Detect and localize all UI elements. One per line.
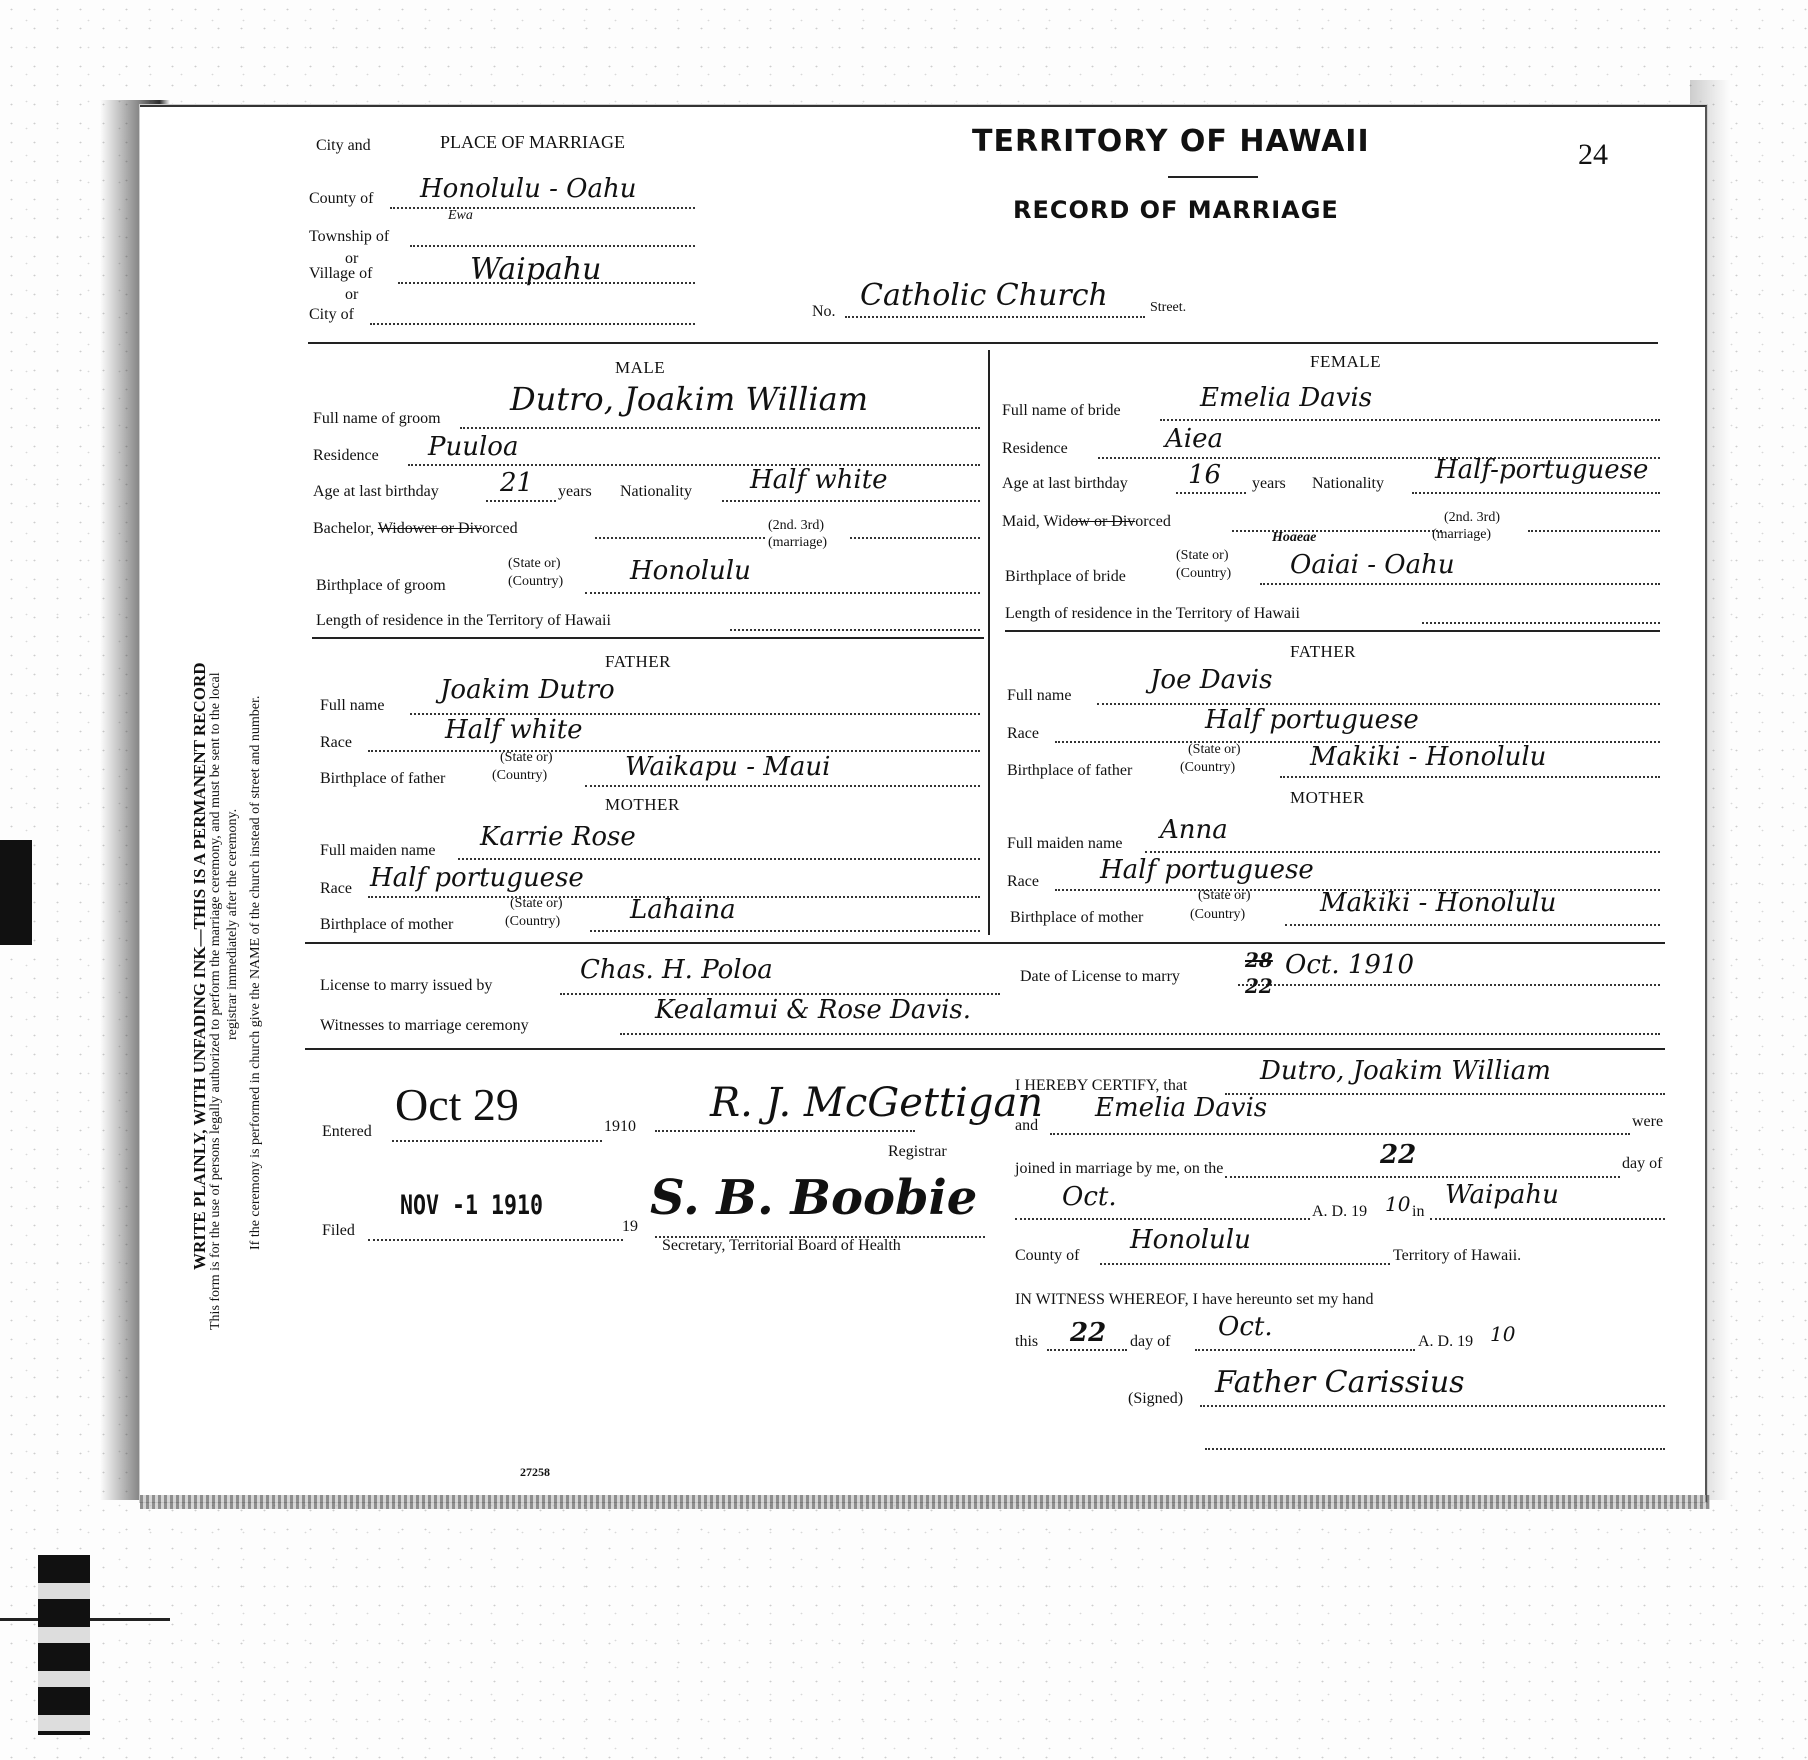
- bride-marriage-word: (marriage): [1432, 527, 1491, 543]
- bride-name-value[interactable]: Emelia Davis: [1200, 383, 1372, 413]
- certify-month-value[interactable]: Oct.: [1062, 1182, 1117, 1212]
- bride-nationality-label: Nationality: [1312, 475, 1384, 493]
- county-note: Ewa: [448, 208, 473, 224]
- street-label: Street.: [1150, 300, 1186, 316]
- certify-in-label: in: [1412, 1203, 1424, 1221]
- witness-day-of-label: day of: [1130, 1333, 1170, 1351]
- bride-age-value[interactable]: 16: [1188, 460, 1221, 490]
- license-date-line: [1238, 984, 1660, 986]
- street-value[interactable]: Catholic Church: [860, 278, 1108, 313]
- license-date-label: Date of License to marry: [1020, 968, 1180, 986]
- filed-year-prefix: 19: [622, 1218, 638, 1236]
- groom-birthplace-label: Birthplace of groom: [316, 577, 446, 595]
- signed-line: [1200, 1405, 1665, 1407]
- license-date-struck: 28: [1245, 948, 1273, 972]
- signed-value[interactable]: Father Carissius: [1215, 1365, 1465, 1400]
- page-number: 24: [1578, 138, 1608, 172]
- license-divider-bottom: [305, 1048, 1665, 1050]
- groom-residence-label: Residence: [313, 447, 379, 465]
- groom-mother-birthplace-value[interactable]: Lahaina: [630, 895, 736, 925]
- groom-residence-value[interactable]: Puuloa: [428, 432, 518, 462]
- groom-mother-heading: MOTHER: [605, 795, 680, 815]
- bride-mother-name-line: [1145, 851, 1660, 853]
- witness-year-value[interactable]: 10: [1490, 1322, 1515, 1346]
- groom-nationality-value[interactable]: Half white: [750, 465, 888, 495]
- groom-age-line: [486, 500, 556, 502]
- certify-and-label: and: [1015, 1117, 1038, 1135]
- certify-groom-value[interactable]: Dutro, Joakim William: [1260, 1056, 1551, 1086]
- groom-name-line: [460, 427, 980, 429]
- groom-length-label: Length of residence in the Territory of …: [316, 612, 611, 630]
- certify-groom-line: [1225, 1093, 1665, 1095]
- license-divider-top: [305, 942, 1665, 944]
- groom-mother-state-or: (State or): [510, 896, 562, 912]
- county-line: [390, 207, 695, 209]
- township-label: Township of: [309, 228, 389, 246]
- certify-day-line: [1225, 1176, 1620, 1178]
- bride-age-label: Age at last birthday: [1002, 475, 1128, 493]
- groom-mother-birthplace-line: [590, 930, 980, 932]
- bride-father-heading: FATHER: [1290, 642, 1356, 662]
- bride-mother-country: (Country): [1190, 907, 1245, 923]
- groom-nationality-line: [722, 500, 980, 502]
- groom-birthplace-line: [585, 592, 980, 594]
- bride-mother-name-label: Full maiden name: [1007, 835, 1123, 853]
- bride-father-birthplace-label: Birthplace of father: [1007, 762, 1132, 780]
- bride-marriage-line[interactable]: [1528, 530, 1660, 532]
- witness-day-line: [1047, 1349, 1127, 1351]
- certify-place-value[interactable]: Waipahu: [1445, 1180, 1559, 1210]
- city-label: City of: [309, 306, 354, 324]
- witnesses-line: [620, 1033, 1660, 1035]
- certify-county-line: [1100, 1263, 1390, 1265]
- city-line[interactable]: [370, 323, 695, 325]
- bride-father-name-label: Full name: [1007, 687, 1071, 705]
- county-value[interactable]: Honolulu - Oahu: [420, 174, 636, 204]
- street-line: [845, 316, 1145, 318]
- bride-father-birthplace-line: [1280, 776, 1660, 778]
- groom-years-label: years: [558, 483, 592, 501]
- female-divider: [1005, 630, 1660, 632]
- certify-day-value[interactable]: 22: [1380, 1140, 1416, 1170]
- groom-marriage-word: (marriage): [768, 535, 827, 551]
- groom-mother-name-value[interactable]: Karrie Rose: [480, 822, 636, 852]
- registrar-signature: R. J. McGettigan: [710, 1080, 1043, 1126]
- bride-father-race-value[interactable]: Half portuguese: [1205, 705, 1419, 735]
- bride-name-line: [1160, 419, 1660, 421]
- groom-age-label: Age at last birthday: [313, 483, 439, 501]
- form-number: 27258: [520, 1465, 550, 1480]
- certify-bride-value[interactable]: Emelia Davis: [1095, 1093, 1267, 1123]
- binding-stamp: [38, 1555, 90, 1735]
- column-divider: [988, 350, 990, 935]
- bride-name-label: Full name of bride: [1002, 402, 1121, 420]
- bride-father-state-or: (State or): [1188, 742, 1240, 758]
- signature-line-2[interactable]: [1205, 1448, 1665, 1450]
- bride-mother-race-value[interactable]: Half portuguese: [1100, 855, 1314, 885]
- place-of-marriage-heading: PLACE OF MARRIAGE: [440, 132, 625, 153]
- bride-length-line[interactable]: [1422, 622, 1660, 624]
- groom-mother-race-label: Race: [320, 880, 352, 898]
- groom-country: (Country): [508, 574, 563, 590]
- margin-instruction-ink: WRITE PLAINLY, WITH UNFADING INK—THIS IS…: [190, 662, 210, 1270]
- groom-father-state-or: (State or): [500, 750, 552, 766]
- certify-month-line: [1015, 1218, 1310, 1220]
- groom-marriage-ord: (2nd. 3rd): [768, 518, 824, 534]
- bride-birthplace-note: Hoaeae: [1272, 530, 1316, 546]
- margin-instruction-registrar: registrar immediately after the ceremony…: [225, 809, 241, 1040]
- groom-mother-name-label: Full maiden name: [320, 842, 436, 860]
- groom-mother-country: (Country): [505, 914, 560, 930]
- groom-birthplace-value[interactable]: Honolulu: [630, 556, 751, 586]
- certify-were-label: were: [1632, 1113, 1663, 1131]
- village-value[interactable]: Waipahu: [470, 252, 601, 287]
- witness-month-value[interactable]: Oct.: [1218, 1312, 1273, 1342]
- bride-years-label: years: [1252, 475, 1286, 493]
- male-heading: MALE: [615, 358, 665, 378]
- groom-residence-line: [408, 464, 980, 466]
- bride-nationality-value[interactable]: Half-portuguese: [1435, 455, 1648, 485]
- witness-month-line: [1195, 1349, 1415, 1351]
- certify-county-label: County of: [1015, 1247, 1079, 1265]
- groom-father-birthplace-line: [585, 785, 980, 787]
- bride-birthplace-line: [1260, 583, 1660, 585]
- witness-day-value[interactable]: 22: [1070, 1318, 1106, 1348]
- groom-status-label: Bachelor, Widower or Divorced: [313, 520, 518, 538]
- groom-mother-name-line: [458, 858, 980, 860]
- groom-father-birthplace-value[interactable]: Waikapu - Maui: [625, 752, 830, 782]
- certify-joined-label: joined in marriage by me, on the: [1015, 1160, 1223, 1178]
- bride-mother-heading: MOTHER: [1290, 788, 1365, 808]
- certify-year-value[interactable]: 10: [1385, 1192, 1410, 1216]
- witness-ad-label: A. D. 19: [1418, 1333, 1473, 1351]
- groom-father-race-value[interactable]: Half white: [445, 715, 583, 745]
- bride-birthplace-value[interactable]: Oaiai - Oahu: [1290, 550, 1455, 580]
- bride-residence-label: Residence: [1002, 440, 1068, 458]
- bride-state-or: (State or): [1176, 548, 1228, 564]
- margin-instruction-form: This form is for the use of persons lega…: [208, 672, 224, 1330]
- groom-father-name-label: Full name: [320, 697, 384, 715]
- certify-county-value[interactable]: Honolulu: [1130, 1225, 1251, 1255]
- groom-age-value[interactable]: 21: [500, 468, 533, 498]
- groom-name-label: Full name of groom: [313, 410, 441, 428]
- city-and-label: City and: [316, 137, 356, 154]
- bride-father-birthplace-value[interactable]: Makiki - Honolulu: [1310, 742, 1546, 772]
- filed-line: [368, 1239, 623, 1241]
- bride-length-label: Length of residence in the Territory of …: [1005, 605, 1300, 623]
- groom-name-value[interactable]: Dutro, Joakim William: [510, 380, 868, 418]
- county-label: County of: [309, 190, 373, 208]
- certify-place-line: [1430, 1218, 1665, 1220]
- witness-whereof-label: IN WITNESS WHEREOF, I have hereunto set …: [1015, 1291, 1374, 1309]
- bride-father-country: (Country): [1180, 760, 1235, 776]
- bride-residence-value[interactable]: Aiea: [1165, 424, 1223, 454]
- paper-bottom-edge: [140, 1495, 1710, 1509]
- certify-bride-line: [1050, 1133, 1630, 1135]
- witnesses-label: Witnesses to marriage ceremony: [320, 1017, 529, 1035]
- groom-marriage-line[interactable]: [850, 537, 980, 539]
- groom-mother-birthplace-label: Birthplace of mother: [320, 916, 453, 934]
- secretary-signature: S. B. Boobie: [650, 1170, 977, 1226]
- title-divider: [1168, 176, 1258, 178]
- bride-birthplace-label: Birthplace of bride: [1005, 568, 1126, 586]
- certify-territory-label: Territory of Hawaii.: [1393, 1247, 1521, 1265]
- groom-status-line[interactable]: [595, 537, 765, 539]
- street-no-label: No.: [812, 303, 836, 321]
- bride-father-name-value[interactable]: Joe Davis: [1150, 665, 1272, 695]
- license-date-value[interactable]: Oct. 1910: [1285, 950, 1414, 980]
- certify-day-of-label: day of: [1622, 1155, 1662, 1173]
- filed-stamp: NOV -1 1910: [400, 1190, 543, 1221]
- bride-mother-birthplace-line: [1285, 924, 1660, 926]
- registrar-label: Registrar: [888, 1143, 947, 1161]
- bride-mother-birthplace-value[interactable]: Makiki - Honolulu: [1320, 888, 1556, 918]
- groom-father-heading: FATHER: [605, 652, 671, 672]
- secretary-label: Secretary, Territorial Board of Health: [662, 1237, 901, 1255]
- groom-father-country: (Country): [492, 768, 547, 784]
- bride-marriage-ord: (2nd. 3rd): [1444, 510, 1500, 526]
- groom-father-name-value[interactable]: Joakim Dutro: [440, 675, 615, 705]
- township-line[interactable]: [410, 245, 695, 247]
- binding-tab: [0, 840, 32, 945]
- bride-mother-race-label: Race: [1007, 873, 1039, 891]
- section-divider-top: [308, 342, 1658, 344]
- groom-state-or: (State or): [508, 556, 560, 572]
- groom-father-race-label: Race: [320, 734, 352, 752]
- groom-mother-race-value[interactable]: Half portuguese: [370, 863, 584, 893]
- or-label-2: or: [345, 286, 358, 304]
- entered-value[interactable]: Oct 29: [395, 1078, 519, 1131]
- entered-line: [392, 1140, 602, 1142]
- entered-year: 1910: [604, 1118, 636, 1136]
- bride-status-line[interactable]: [1232, 530, 1442, 532]
- marriage-record-form: [140, 105, 1707, 1502]
- bride-country: (Country): [1176, 566, 1231, 582]
- groom-nationality-label: Nationality: [620, 483, 692, 501]
- bride-mother-birthplace-label: Birthplace of mother: [1010, 909, 1143, 927]
- groom-length-line[interactable]: [730, 629, 980, 631]
- page-subtitle: RECORD OF MARRIAGE: [1013, 196, 1339, 224]
- bride-age-line: [1176, 492, 1246, 494]
- registrar-line: [655, 1130, 915, 1132]
- license-issued-label: License to marry issued by: [320, 977, 492, 995]
- groom-father-birthplace-label: Birthplace of father: [320, 770, 445, 788]
- bride-father-race-label: Race: [1007, 725, 1039, 743]
- signed-label: (Signed): [1128, 1390, 1183, 1408]
- license-issued-value[interactable]: Chas. H. Poloa: [580, 955, 773, 985]
- entered-label: Entered: [322, 1123, 372, 1141]
- witness-this-label: this: [1015, 1333, 1038, 1351]
- female-heading: FEMALE: [1310, 352, 1381, 372]
- page-title: TERRITORY OF HAWAII: [972, 124, 1370, 159]
- margin-instruction-church: If the ceremony is performed in church g…: [248, 696, 264, 1250]
- bride-mother-state-or: (State or): [1198, 888, 1250, 904]
- male-divider: [312, 637, 984, 639]
- filed-label: Filed: [322, 1222, 355, 1240]
- bride-mother-name-value[interactable]: Anna: [1160, 815, 1228, 845]
- license-date-day[interactable]: 22: [1245, 974, 1273, 998]
- witnesses-value[interactable]: Kealamui & Rose Davis.: [655, 995, 971, 1025]
- bride-status-label: Maid, Widow or Divorced: [1002, 513, 1171, 531]
- certify-ad-label: A. D. 19: [1312, 1203, 1367, 1221]
- village-label: Village of: [309, 265, 372, 283]
- bride-nationality-line: [1412, 492, 1660, 494]
